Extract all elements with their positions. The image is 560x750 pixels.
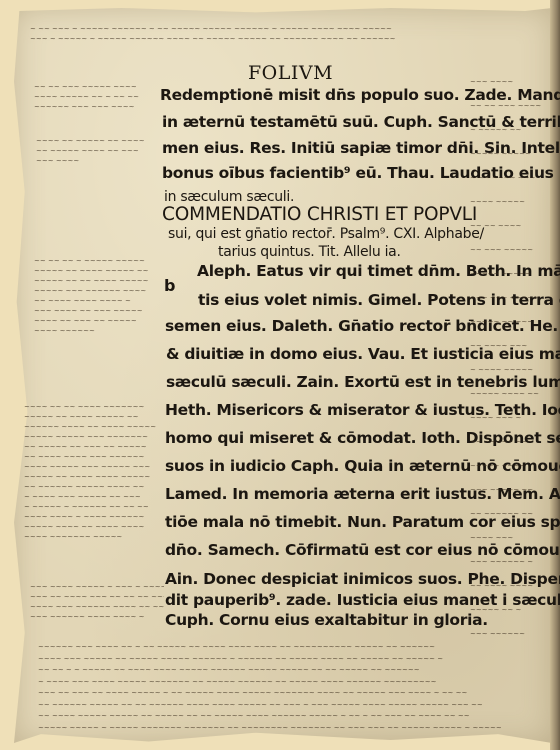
section-title: COMMENDATIO CHRISTI ET POPVLI <box>162 204 477 225</box>
handwritten-annotation-left: ~~ ~~ ~~ ~ ~~~~~ ~~~~~ ~~~~~ ~~ ~~~~ ~~~… <box>34 256 164 336</box>
section-subtitle: sui, qui est gn̄atio rector̄. Psalm⁹. CX… <box>168 226 484 242</box>
handwritten-annotation-right: ~~~ ~~~~ ~~ ~~ ~~~ ~~~~~ ~ ~~~~~ ~~ ~~~~… <box>470 70 542 646</box>
psalm-line: Cuph. Cornu eius exaltabitur in gloria. <box>165 611 488 629</box>
handwritten-annotation-left: ~~~~ ~~ ~~ ~~~~ ~~~~~~~ ~~~~~ ~~ ~~~~ ~~… <box>24 402 164 542</box>
printed-line: in sæculum sæculi. <box>164 189 294 205</box>
handwritten-annotation-left: ~~~~ ~~ ~~~~~ ~~ ~~~~ ~~ ~~~~~ ~~~~ ~~ ~… <box>36 136 156 166</box>
handwritten-annotation-top: ~ ~~ ~~~ ~ ~~~~~ ~~~~~~ ~ ~~ ~~~~~ ~~~~~… <box>30 24 500 44</box>
handwritten-annotation-bottom: ~~~~~~ ~~~ ~~~~ ~~ ~ ~~ ~~~~~ ~~ ~~~~ ~~… <box>38 642 508 734</box>
folio-heading: FOLIVM <box>248 62 333 84</box>
section-subtitle: tarius quintus. Tit. Allelu ia. <box>218 244 401 260</box>
handwritten-annotation-left: ~~~ ~~~~ ~~~~~ ~ ~~~ ~ ~~~~~ ~~~ ~~ ~~~~… <box>30 582 164 622</box>
handwritten-annotation-left: ~~ ~~ ~~~ ~~~~~ ~~~~ ~~~~ ~~~~~ ~~ ~ ~~ … <box>34 82 156 112</box>
margin-letter: b <box>164 276 175 295</box>
